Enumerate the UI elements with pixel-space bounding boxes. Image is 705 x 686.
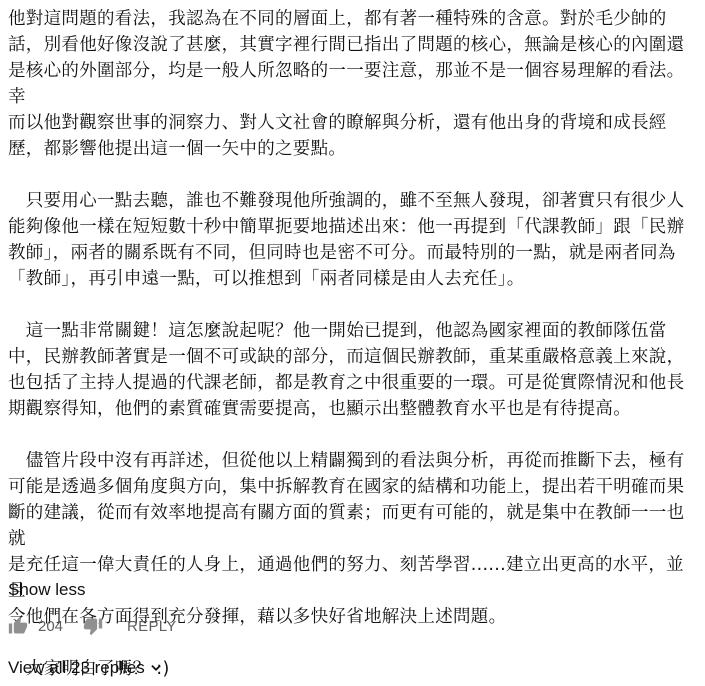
- text-line: 能夠像他一樣在短短數十秒中簡單扼要地描述出來：他一再提到「代課教師」跟「民辦: [8, 214, 698, 240]
- text-line: 只要用心一點去聽，誰也不難發現他所強調的，雖不至無人發現，卻著實只有很少人: [8, 188, 698, 214]
- text-line: 中，民辦教師著實是一個不可或缺的部分，而這個民辦教師，重某重嚴格意義上來說，: [8, 344, 698, 370]
- show-less-button[interactable]: Show less: [8, 580, 85, 600]
- text-line: 歷，都影響他提出這一個一矢中的之要點。: [8, 136, 698, 162]
- paragraph-1: 他對這問題的看法，我認為在不同的層面上，都有著一種特殊的含意。對於毛少帥的 話，…: [8, 6, 698, 162]
- paragraph-gap: [8, 162, 698, 188]
- text-line: 教師」，兩者的關系既有不同，但同時也是密不可分。而最特別的一點，就是兩者同為: [8, 240, 698, 266]
- text-line: 話，別看他好像沒說了甚麼，其實字裡行間已指出了問題的核心，無論是核心的內圍還: [8, 32, 698, 58]
- comment-body: 他對這問題的看法，我認為在不同的層面上，都有著一種特殊的含意。對於毛少帥的 話，…: [8, 6, 698, 682]
- text-line: 是核心的外圍部分，均是一般人所忽略的一一要注意，那並不是一個容易理解的看法。幸: [8, 58, 698, 110]
- text-line: 這一點非常關鍵！這怎麼說起呢？他一開始已提到，他認為國家裡面的教師隊伍當: [8, 318, 698, 344]
- chevron-down-icon: [149, 661, 163, 675]
- paragraph-3: 這一點非常關鍵！這怎麼說起呢？他一開始已提到，他認為國家裡面的教師隊伍當 中，民…: [8, 318, 698, 422]
- paragraph-gap: [8, 422, 698, 448]
- text-line: 也包括了主持人提過的代課老師，都是教育之中很重要的一環。可是從實際情況和他長: [8, 370, 698, 396]
- text-line: 「教師」，再引申遠一點，可以推想到「兩者同樣是由人去充任」。: [8, 266, 698, 292]
- paragraph-gap: [8, 292, 698, 318]
- text-line: 而以他對觀察世事的洞察力、對人文社會的瞭解與分析，還有他出身的背境和成長經: [8, 110, 698, 136]
- text-line: 儘管片段中沒有再詳述，但從他以上精闢獨到的看法與分析，再從而推斷下去，極有: [8, 448, 698, 474]
- text-line: 斷的建議，從而有效率地提高有關方面的質素；而更有可能的，就是集中在教師一一也就: [8, 500, 698, 552]
- thumbs-down-icon[interactable]: [83, 616, 103, 636]
- reply-button[interactable]: REPLY: [127, 618, 177, 635]
- like-count: 204: [38, 618, 63, 635]
- text-line: 是充任這一偉大責任的人身上，通過他們的努力、刻苦學習......建立出更高的水平…: [8, 552, 698, 604]
- view-replies-label: View all 23 replies: [8, 658, 145, 678]
- view-replies-button[interactable]: View all 23 replies: [8, 658, 163, 678]
- text-line: 可能是透過多個角度與方向，集中拆解教育在國家的結構和功能上，提出若干明確而果: [8, 474, 698, 500]
- paragraph-2: 只要用心一點去聽，誰也不難發現他所強調的，雖不至無人發現，卻著實只有很少人 能夠…: [8, 188, 698, 292]
- text-line: 他對這問題的看法，我認為在不同的層面上，都有著一種特殊的含意。對於毛少帥的: [8, 6, 698, 32]
- comment-actions: 204 REPLY: [8, 614, 177, 638]
- text-line: 期觀察得知，他們的素質確實需要提高，也顯示出整體教育水平也是有待提高。: [8, 396, 698, 422]
- paragraph-4: 儘管片段中沒有再詳述，但從他以上精闢獨到的看法與分析，再從而推斷下去，極有 可能…: [8, 448, 698, 630]
- thumbs-up-icon[interactable]: [8, 616, 28, 636]
